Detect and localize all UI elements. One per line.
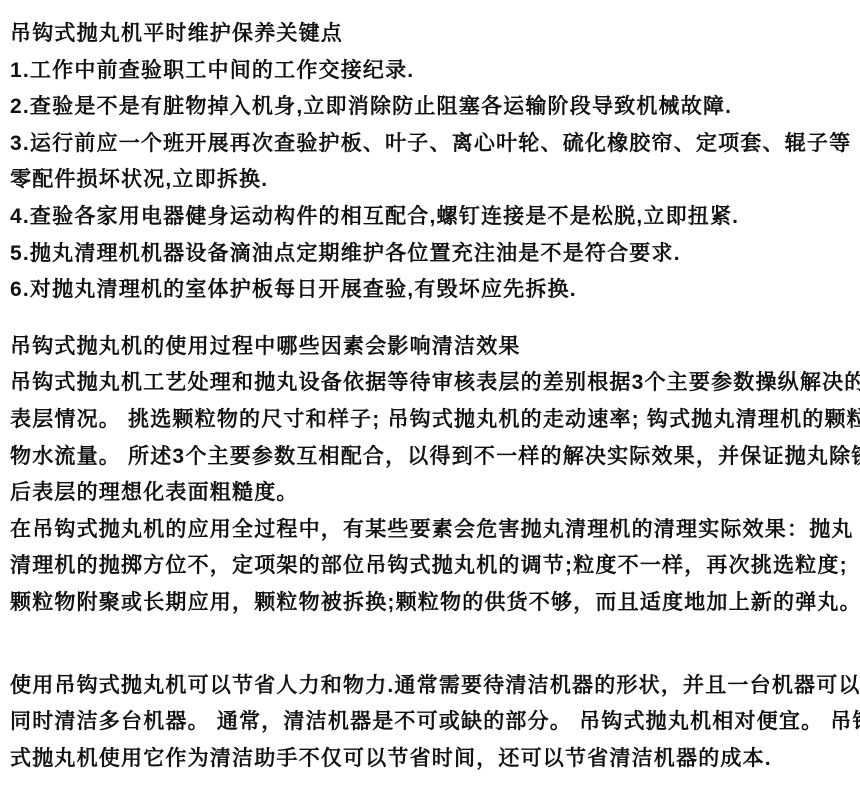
maintenance-item-5: 5.抛丸清理机机器设备滴油点定期维护各位置充注油是不是符合要求. xyxy=(10,236,852,273)
section-maintenance-heading: 吊钩式抛丸机平时维护保养关键点 xyxy=(10,16,852,53)
maintenance-item-3-line-1: 3.运行前应一个班开展再次查验护板、叶子、离心叶轮、硫化橡胶帘、定项套、辊子等 xyxy=(10,126,852,163)
section-factors: 吊钩式抛丸机的使用过程中哪些因素会影响清洁效果 吊钩式抛丸机工艺处理和抛丸设备依… xyxy=(10,329,852,622)
factors-paragraph-line-6: 清理机的抛掷方位不，定项架的部位吊钩式抛丸机的调节;粒度不一样，再次挑选粒度; xyxy=(10,548,852,585)
maintenance-item-6: 6.对抛丸清理机的室体护板每日开展查验,有毁坏应先拆换. xyxy=(10,272,852,309)
factors-paragraph-line-5: 在吊钩式抛丸机的应用全过程中，有某些要素会危害抛丸清理机的清理实际效果：抛丸 xyxy=(10,512,852,549)
factors-paragraph-line-7: 颗粒物附聚或长期应用，颗粒物被拆换;颗粒物的供货不够，而且适度地加上新的弹丸。 xyxy=(10,585,852,622)
factors-paragraph-line-3: 物水流量。 所述3个主要参数互相配合，以得到不一样的解决实际效果，并保证抛丸除锈 xyxy=(10,439,852,476)
benefits-paragraph-line-1: 使用吊钩式抛丸机可以节省人力和物力.通常需要待清洁机器的形状，并且一台机器可以 xyxy=(10,668,852,705)
maintenance-item-4: 4.查验各家用电器健身运动构件的相互配合,螺钉连接是不是松脱,立即扭紧. xyxy=(10,199,852,236)
factors-paragraph-line-2: 表层情况。 挑选颗粒物的尺寸和样子; 吊钩式抛丸机的走动速率; 钩式抛丸清理机的… xyxy=(10,402,852,439)
section-factors-heading: 吊钩式抛丸机的使用过程中哪些因素会影响清洁效果 xyxy=(10,329,852,366)
document-page: 吊钩式抛丸机平时维护保养关键点 1.工作中前查验职工中间的工作交接纪录. 2.查… xyxy=(0,0,860,800)
section-benefits: 使用吊钩式抛丸机可以节省人力和物力.通常需要待清洁机器的形状，并且一台机器可以 … xyxy=(10,668,852,778)
benefits-paragraph-line-3: 式抛丸机使用它作为清洁助手不仅可以节省时间，还可以节省清洁机器的成本. xyxy=(10,741,852,778)
maintenance-item-1: 1.工作中前查验职工中间的工作交接纪录. xyxy=(10,53,852,90)
benefits-paragraph-line-2: 同时清洁多台机器。 通常，清洁机器是不可或缺的部分。 吊钩式抛丸机相对便宜。 吊… xyxy=(10,704,852,741)
maintenance-item-2: 2.查验是不是有脏物掉入机身,立即消除防止阻塞各运输阶段导致机械故障. xyxy=(10,89,852,126)
maintenance-item-3-line-2: 零配件损坏状况,立即拆换. xyxy=(10,162,852,199)
section-maintenance: 吊钩式抛丸机平时维护保养关键点 1.工作中前查验职工中间的工作交接纪录. 2.查… xyxy=(10,16,852,309)
factors-paragraph-line-4: 后表层的理想化表面粗糙度。 xyxy=(10,475,852,512)
factors-paragraph-line-1: 吊钩式抛丸机工艺处理和抛丸设备依据等待审核表层的差别根据3个主要参数操纵解决的 xyxy=(10,365,852,402)
